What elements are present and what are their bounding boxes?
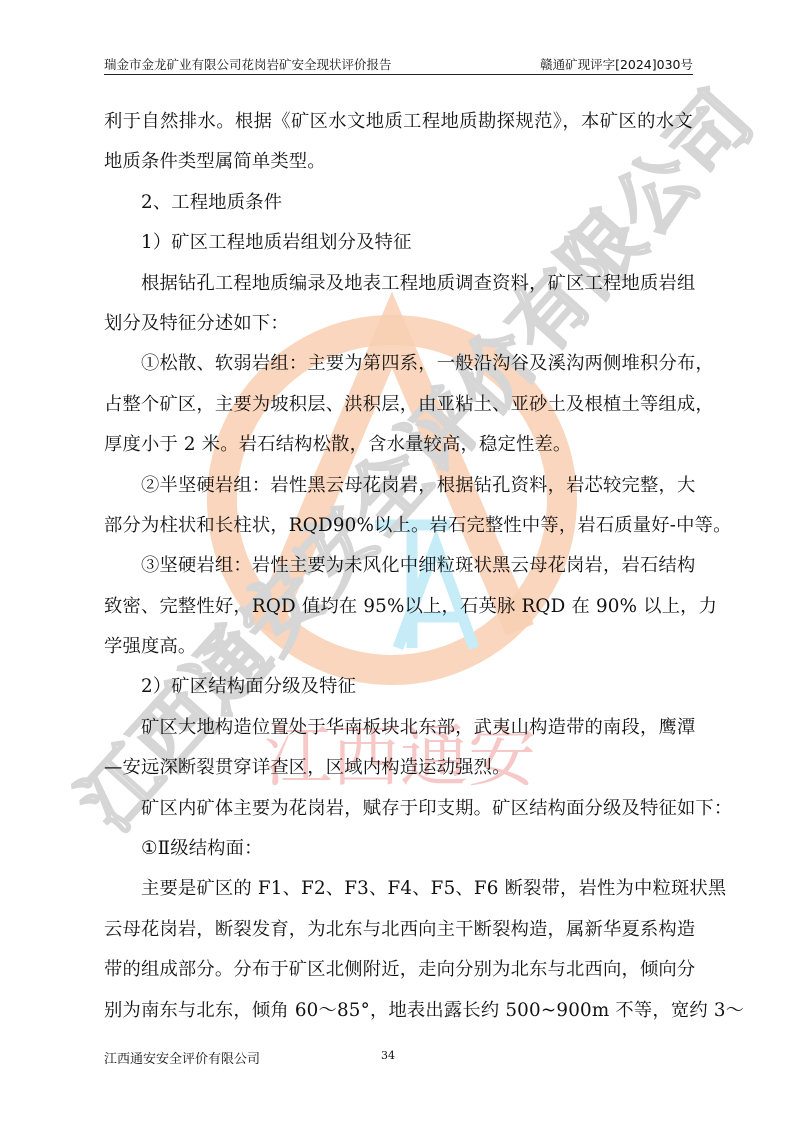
text-line: 划分及特征分述如下： [104, 305, 693, 345]
text-line: 根据钻孔工程地质编录及地表工程地质调查资料，矿区工程地质岩组 [104, 265, 693, 305]
page-number: 34 [381, 1049, 395, 1062]
report-title: 瑞金市金龙矿业有限公司花岗岩矿安全现状评价报告 [104, 55, 392, 73]
text-line: ①松散、软弱岩组：主要为第四系，一般沿沟谷及溪沟两侧堆积分布， [104, 345, 693, 385]
text-line: —安远深断裂贯穿详查区，区域内构造运动强烈。 [104, 749, 693, 789]
document-page: 江西通安 江西通安安全评价有限公司 瑞金市金龙矿业有限公司花岗岩矿安全现状评价报… [0, 0, 793, 1122]
text-line: 矿区大地构造位置处于华南板块北东部，武夷山构造带的南段，鹰潭 [104, 709, 693, 749]
text-line: 云母花岗岩，断裂发育，为北东与北西向主干断裂构造，属新华夏系构造 [104, 911, 693, 951]
body-text: 利于自然排水。根据《矿区水文地质工程地质勘探规范》，本矿区的水文地质条件类型属简… [104, 103, 693, 1032]
text-line: 学强度高。 [104, 628, 693, 668]
page-footer: 江西通安安全评价有限公司 34 [104, 1048, 693, 1070]
page-header: 瑞金市金龙矿业有限公司花岗岩矿安全现状评价报告 赣通矿现评字[2024]030号 [104, 52, 693, 75]
text-line: 部分为柱状和长柱状，RQD90%以上。岩石完整性中等，岩石质量好-中等。 [104, 507, 693, 547]
text-line: ③坚硬岩组：岩性主要为未风化中细粒斑状黑云母花岗岩，岩石结构 [104, 547, 693, 587]
text-line: 占整个矿区，主要为坡积层、洪积层，由亚粘土、亚砂土及根植土等组成， [104, 386, 693, 426]
text-line: ②半坚硬岩组：岩性黑云母花岗岩，根据钻孔资料，岩芯较完整，大 [104, 467, 693, 507]
text-line: 矿区内矿体主要为花岗岩，赋存于印支期。矿区结构面分级及特征如下： [104, 790, 693, 830]
text-line: ①Ⅱ级结构面： [104, 830, 693, 870]
text-line: 2、工程地质条件 [104, 184, 693, 224]
text-line: 厚度小于 2 米。岩石结构松散，含水量较高，稳定性差。 [104, 426, 693, 466]
footer-company: 江西通安安全评价有限公司 [104, 1048, 260, 1067]
report-code: 赣通矿现评字[2024]030号 [540, 55, 693, 73]
text-line: 1）矿区工程地质岩组划分及特征 [104, 224, 693, 264]
text-line: 带的组成部分。分布于矿区北侧附近，走向分别为北东与北西向，倾向分 [104, 951, 693, 991]
text-line: 利于自然排水。根据《矿区水文地质工程地质勘探规范》，本矿区的水文 [104, 103, 693, 143]
text-line: 主要是矿区的 F1、F2、F3、F4、F5、F6 断裂带，岩性为中粒斑状黑 [104, 870, 693, 910]
text-line: 地质条件类型属简单类型。 [104, 143, 693, 183]
text-line: 别为南东与北东，倾角 60～85°，地表出露长约 500~900m 不等，宽约 … [104, 992, 693, 1032]
text-line: 致密、完整性好，RQD 值均在 95%以上，石英脉 RQD 在 90% 以上，力 [104, 588, 693, 628]
text-line: 2）矿区结构面分级及特征 [104, 668, 693, 708]
